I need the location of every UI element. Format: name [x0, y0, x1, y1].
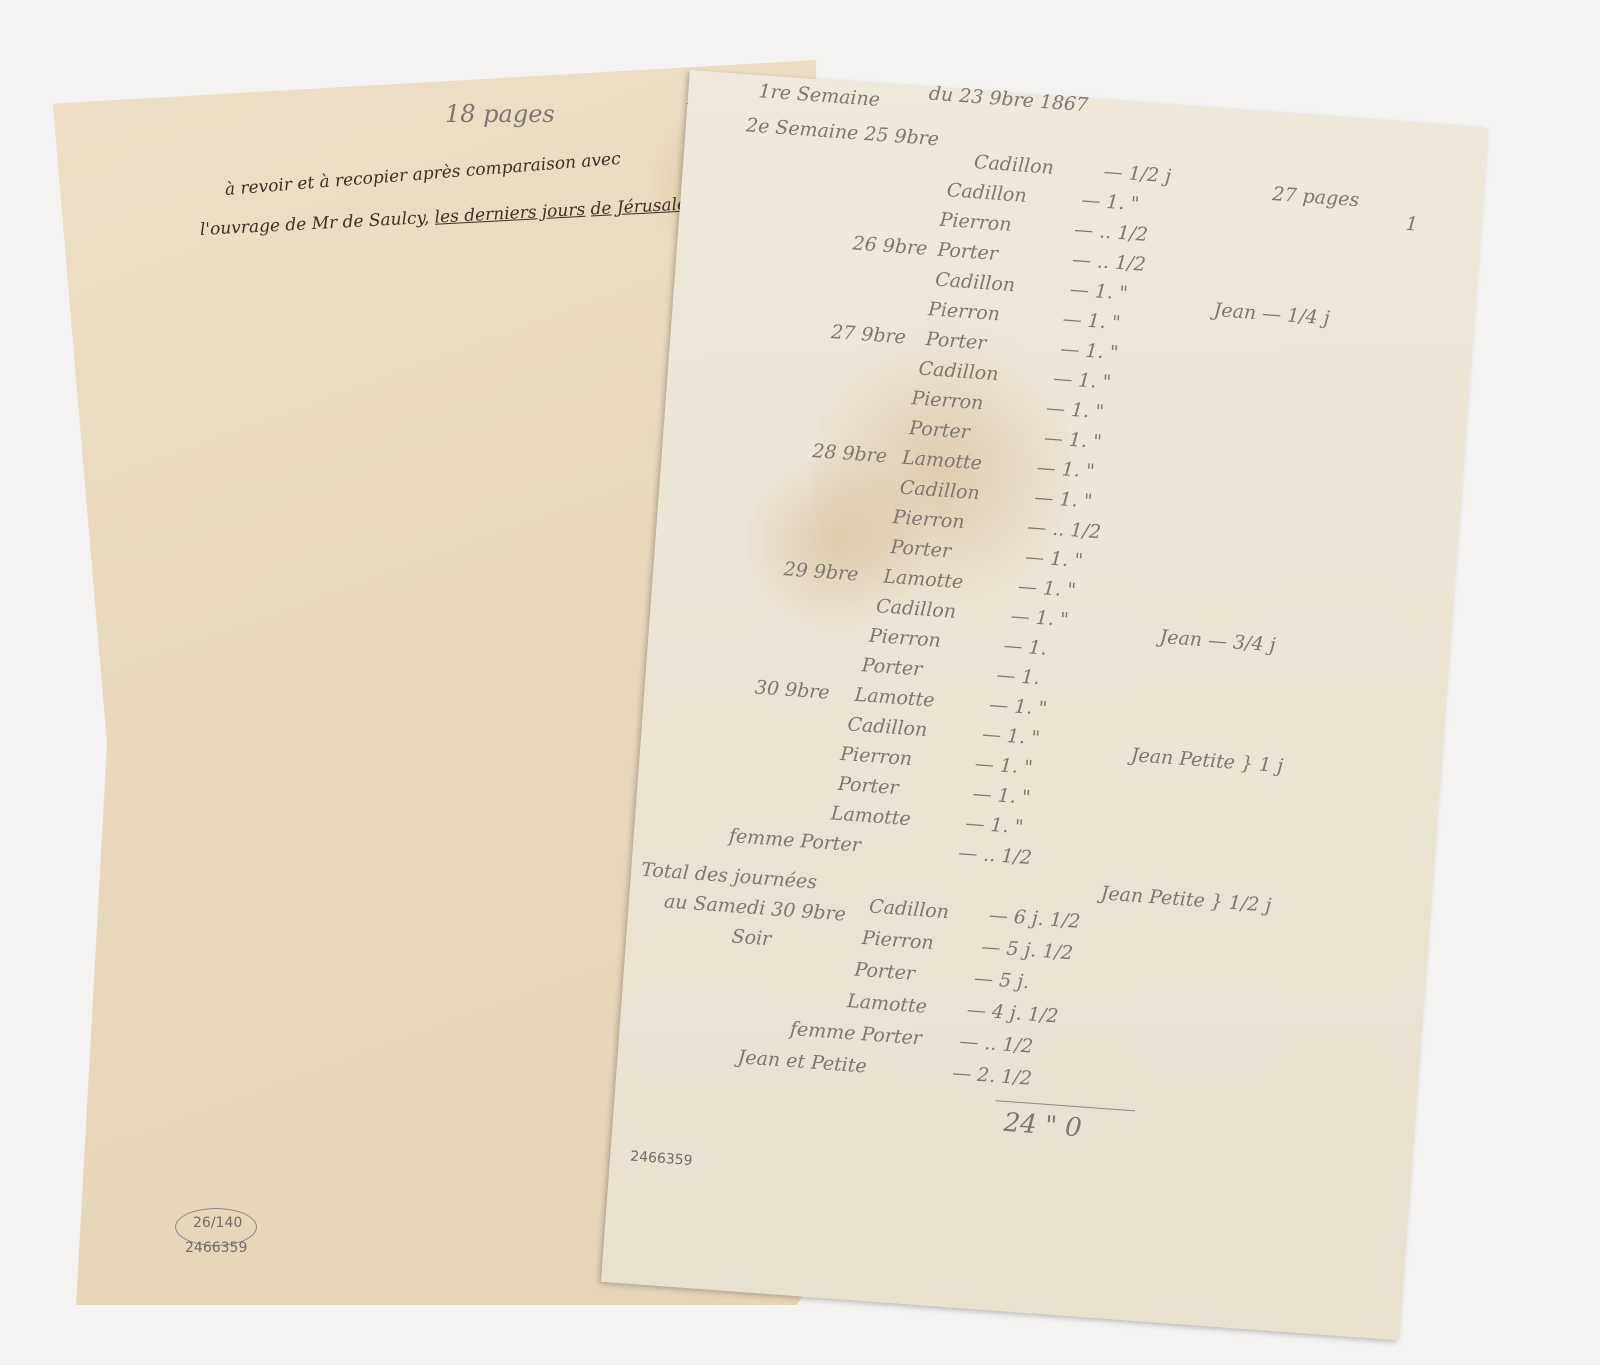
stamp-fraction: 26/140 [193, 1215, 242, 1231]
total-label-1: Total des journées [641, 859, 818, 894]
ledger-sheet: 27 pages 1 1re Semaine du 23 9bre 1867 2… [601, 70, 1488, 1340]
header-week-1: 1re Semaine [758, 80, 881, 111]
book-title-part-2: de [590, 198, 612, 219]
instruction-line-1: à revoir et à recopier après comparaison… [224, 149, 621, 200]
stamp-number: 2466359 [185, 1240, 247, 1256]
header-week-2: 2e Semaine 25 9bre [745, 114, 939, 150]
total-label-3: Soir [731, 925, 772, 950]
side-note: Jean — 1/4 j [1213, 299, 1330, 329]
side-note: Jean Petite } 1 j [1130, 744, 1284, 777]
book-title-part-1: les derniers jours [434, 200, 586, 228]
total-label-2: au Samedi 30 9bre [663, 890, 846, 925]
page-count-note: 18 pages [445, 100, 555, 128]
grand-total: 24 " 0 [1003, 1108, 1083, 1144]
side-note: Jean Petite } 1/2 j [1100, 882, 1272, 916]
header-date: du 23 9bre 1867 [928, 83, 1089, 117]
instruction-prefix: l'ouvrage de Mr de Saulcy, [199, 208, 429, 240]
page-count-note: 27 pages [1272, 183, 1360, 211]
instruction-line-2: l'ouvrage de Mr de Saulcy, les derniers … [199, 193, 709, 240]
stamp-number: 2466359 [630, 1149, 693, 1170]
side-note: Jean — 3/4 j [1159, 626, 1276, 656]
page-number: 1 [1405, 213, 1419, 236]
